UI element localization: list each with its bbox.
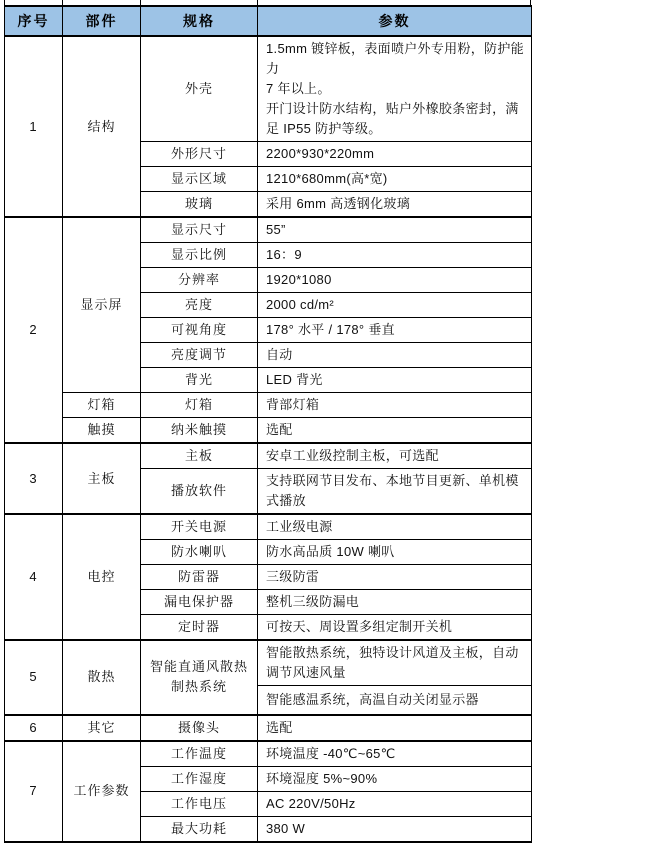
spec-table: 序号 部件 规格 参数 1 结构 外壳 1.5mm 镀锌板，表面喷户外专用粉，防… [4,5,532,843]
param-cell: 背部灯箱 [258,393,532,418]
table-row: 3 主板 主板 安卓工业级控制主板，可选配 [5,443,532,469]
serial-cell: 5 [5,640,63,715]
table-row: 灯箱 灯箱 背部灯箱 [5,393,532,418]
param-cell: 整机三级防漏电 [258,590,532,615]
spec-cell: 亮度 [141,293,258,318]
spec-cell: 亮度调节 [141,343,258,368]
table-row: 6 其它 摄像头 选配 [5,715,532,741]
param-cell: 环境温度 -40℃~65℃ [258,741,532,767]
spec-cell: 外形尺寸 [141,142,258,167]
param-cell: 安卓工业级控制主板，可选配 [258,443,532,469]
spec-cell: 播放软件 [141,469,258,515]
spec-cell: 显示尺寸 [141,217,258,243]
param-cell: 三级防雷 [258,565,532,590]
param-cell: 16：9 [258,243,532,268]
param-cell: 1920*1080 [258,268,532,293]
spec-cell: 漏电保护器 [141,590,258,615]
param-cell: 工业级电源 [258,514,532,540]
param-cell: 1.5mm 镀锌板，表面喷户外专用粉，防护能力 7 年以上。 开门设计防水结构，… [258,36,532,142]
spec-cell: 工作湿度 [141,766,258,791]
spec-cell: 外壳 [141,36,258,142]
part-cell: 散热 [63,640,141,715]
part-cell: 结构 [63,36,141,217]
spec-cell: 防雷器 [141,565,258,590]
spec-cell: 背光 [141,368,258,393]
part-cell: 工作参数 [63,741,141,842]
header-spec: 规格 [141,6,258,36]
spec-cell: 定时器 [141,615,258,641]
serial-cell: 1 [5,36,63,217]
param-cell: 采用 6mm 高透钢化玻璃 [258,192,532,218]
spec-cell: 开关电源 [141,514,258,540]
header-serial: 序号 [5,6,63,36]
part-cell: 主板 [63,443,141,514]
serial-cell: 7 [5,741,63,842]
serial-cell: 6 [5,715,63,741]
param-cell: 选配 [258,715,532,741]
param-cell: LED 背光 [258,368,532,393]
spec-cell: 分辨率 [141,268,258,293]
param-cell: 可按天、周设置多组定制开关机 [258,615,532,641]
spec-cell: 防水喇叭 [141,540,258,565]
param-cell: 178° 水平 / 178° 垂直 [258,318,532,343]
spec-cell: 摄像头 [141,715,258,741]
spec-cell: 纳米触摸 [141,418,258,444]
table-row: 1 结构 外壳 1.5mm 镀锌板，表面喷户外专用粉，防护能力 7 年以上。 开… [5,36,532,142]
spec-cell: 工作电压 [141,791,258,816]
param-cell: 支持联网节目发布、本地节目更新、单机模 式播放 [258,469,532,515]
param-cell: 防水高品质 10W 喇叭 [258,540,532,565]
part-cell: 其它 [63,715,141,741]
table-row: 触摸 纳米触摸 选配 [5,418,532,444]
spec-cell: 玻璃 [141,192,258,218]
spec-cell: 显示区域 [141,167,258,192]
param-cell: 选配 [258,418,532,444]
param-cell: 2200*930*220mm [258,142,532,167]
param-cell: 智能感温系统，高温自动关闭显示器 [258,686,532,715]
param-cell: 自动 [258,343,532,368]
param-cell: 55” [258,217,532,243]
part-cell: 灯箱 [63,393,141,418]
param-cell: 环境湿度 5%~90% [258,766,532,791]
param-cell: AC 220V/50Hz [258,791,532,816]
spec-cell: 工作温度 [141,741,258,767]
spec-cell: 主板 [141,443,258,469]
param-cell: 380 W [258,816,532,842]
param-cell: 智能散热系统，独特设计风道及主板，自动 调节风速风量 [258,640,532,686]
param-cell: 2000 cd/m² [258,293,532,318]
spec-cell: 最大功耗 [141,816,258,842]
param-cell: 1210*680mm(高*宽) [258,167,532,192]
table-row: 4 电控 开关电源 工业级电源 [5,514,532,540]
table-row: 7 工作参数 工作温度 环境温度 -40℃~65℃ [5,741,532,767]
document-page: 序号 部件 规格 参数 1 结构 外壳 1.5mm 镀锌板，表面喷户外专用粉，防… [0,0,663,772]
spec-cell: 智能直通风散热 制热系统 [141,640,258,715]
table-row: 5 散热 智能直通风散热 制热系统 智能散热系统，独特设计风道及主板，自动 调节… [5,640,532,686]
serial-cell: 3 [5,443,63,514]
header-row: 序号 部件 规格 参数 [5,6,532,36]
part-cell: 电控 [63,514,141,640]
part-cell: 触摸 [63,418,141,444]
spec-cell: 灯箱 [141,393,258,418]
header-param: 参数 [258,6,532,36]
serial-cell: 2 [5,217,63,443]
spec-cell: 显示比例 [141,243,258,268]
header-part: 部件 [63,6,141,36]
spec-cell: 可视角度 [141,318,258,343]
part-cell: 显示屏 [63,217,141,393]
serial-cell: 4 [5,514,63,640]
table-row: 2 显示屏 显示尺寸 55” [5,217,532,243]
